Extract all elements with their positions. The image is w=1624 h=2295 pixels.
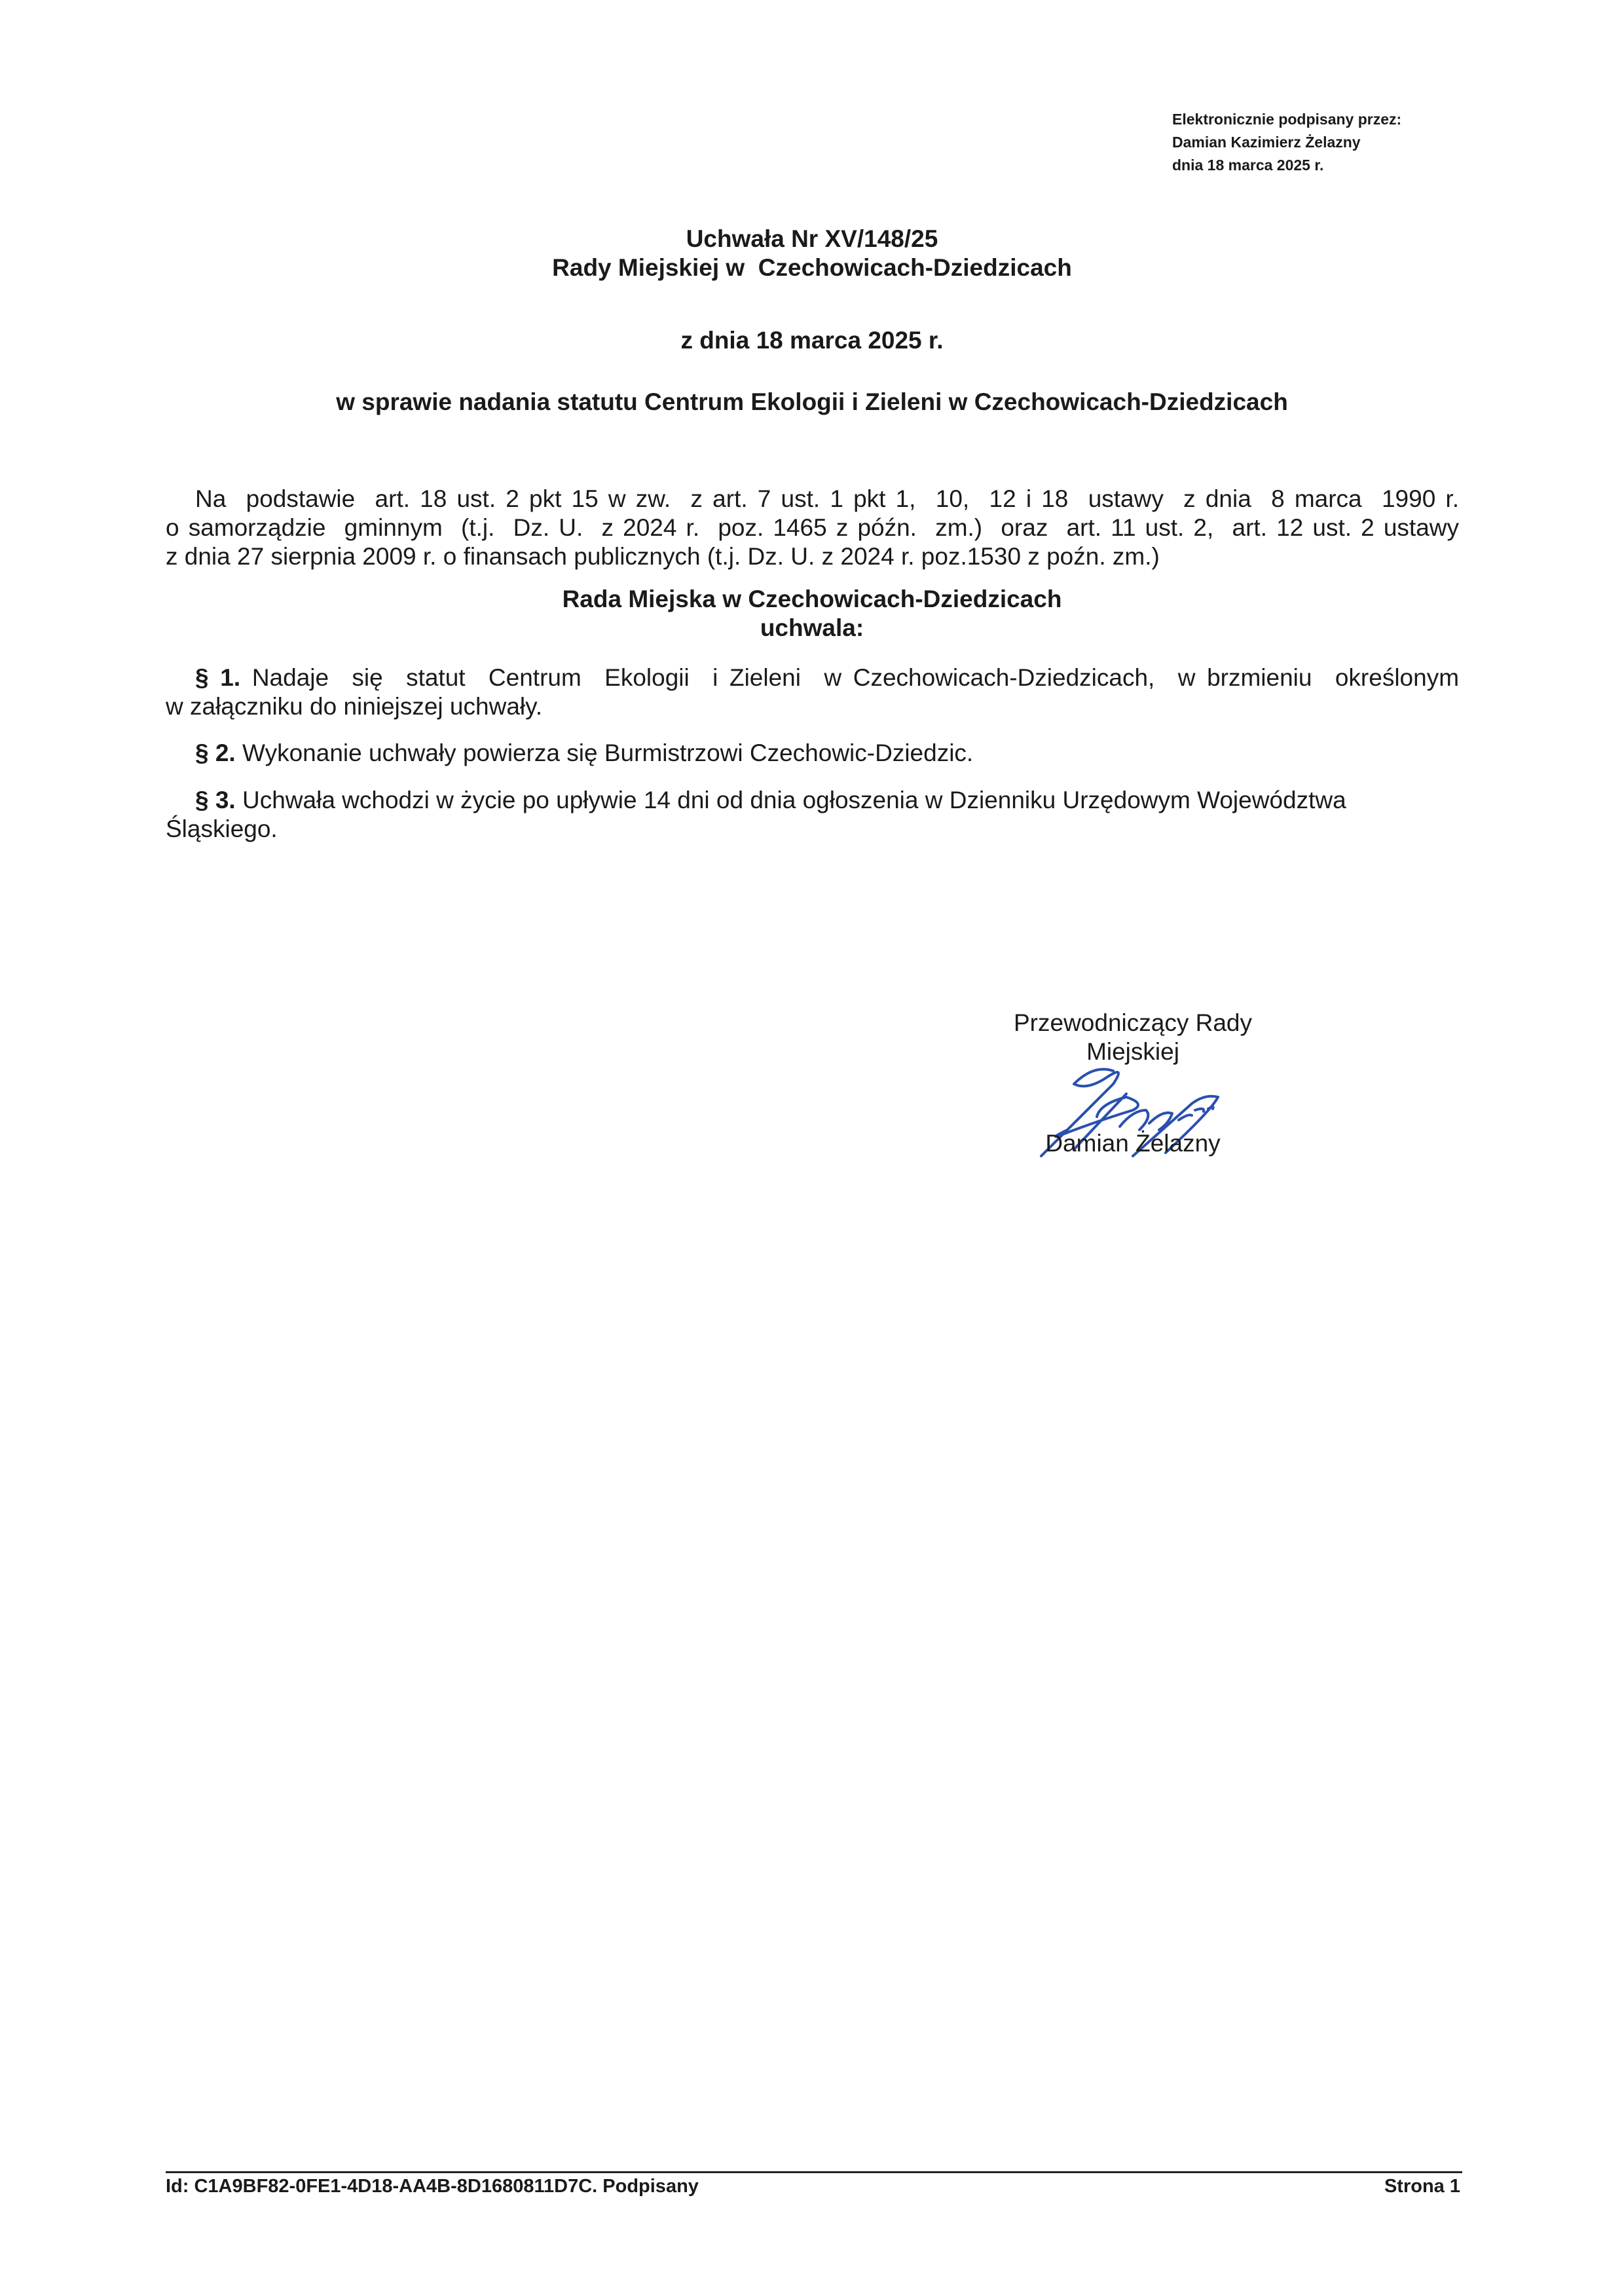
preamble: Na podstawie art. 18 ust. 2 pkt 15 w zw.… <box>166 485 1459 571</box>
footer-divider <box>166 2171 1462 2173</box>
page-number: Strona 1 <box>1384 2176 1460 2197</box>
esign-line-3: dnia 18 marca 2025 r. <box>1172 154 1401 177</box>
preamble-line: Na podstawie art. 18 ust. 2 pkt 15 w zw.… <box>166 485 1459 513</box>
paragraph-mark: § 1. <box>195 664 240 691</box>
preamble-line: z dnia 27 sierpnia 2009 r. o finansach p… <box>166 542 1459 571</box>
resolution-council: Rady Miejskiej w Czechowicach-Dziedzicac… <box>0 253 1624 282</box>
signatory-name: Damian Żelazny <box>1002 1130 1264 1157</box>
paragraph-1: § 1. Nadaje się statut Centrum Ekologii … <box>166 663 1459 721</box>
resolution-subject: w sprawie nadania statutu Centrum Ekolog… <box>0 388 1624 417</box>
paragraph-mark: § 3. <box>195 787 236 813</box>
esign-line-2: Damian Kazimierz Żelazny <box>1172 131 1401 154</box>
resolution-date: z dnia 18 marca 2025 r. <box>0 326 1624 355</box>
resolution-title: Uchwała Nr XV/148/25 Rady Miejskiej w Cz… <box>0 225 1624 282</box>
preamble-line: o samorządzie gminnym (t.j. Dz. U. z 202… <box>166 513 1459 542</box>
paragraph-line: Śląskiego. <box>166 815 1459 844</box>
paragraph-line: § 3. Uchwała wchodzi w życie po upływie … <box>166 786 1459 815</box>
council-name: Rada Miejska w Czechowicach-Dziedzicach <box>0 585 1624 614</box>
resolution-number: Uchwała Nr XV/148/25 <box>0 225 1624 253</box>
paragraph-line: § 1. Nadaje się statut Centrum Ekologii … <box>166 663 1459 692</box>
resolves-word: uchwala: <box>0 614 1624 643</box>
council-resolves: Rada Miejska w Czechowicach-Dziedzicach … <box>0 585 1624 643</box>
paragraph-line: § 2. Wykonanie uchwały powierza się Burm… <box>166 739 1459 768</box>
paragraph-line: w załączniku do niniejszej uchwały. <box>166 692 1459 721</box>
signatory-title-line-1: Przewodniczący Rady <box>1002 1009 1264 1037</box>
esign-line-1: Elektronicznie podpisany przez: <box>1172 108 1401 131</box>
electronic-signature-note: Elektronicznie podpisany przez: Damian K… <box>1172 108 1401 177</box>
paragraph-3: § 3. Uchwała wchodzi w życie po upływie … <box>166 786 1459 844</box>
paragraph-mark: § 2. <box>195 739 236 766</box>
document-id: Id: C1A9BF82-0FE1-4D18-AA4B-8D1680811D7C… <box>166 2176 699 2197</box>
paragraph-2: § 2. Wykonanie uchwały powierza się Burm… <box>166 739 1459 768</box>
